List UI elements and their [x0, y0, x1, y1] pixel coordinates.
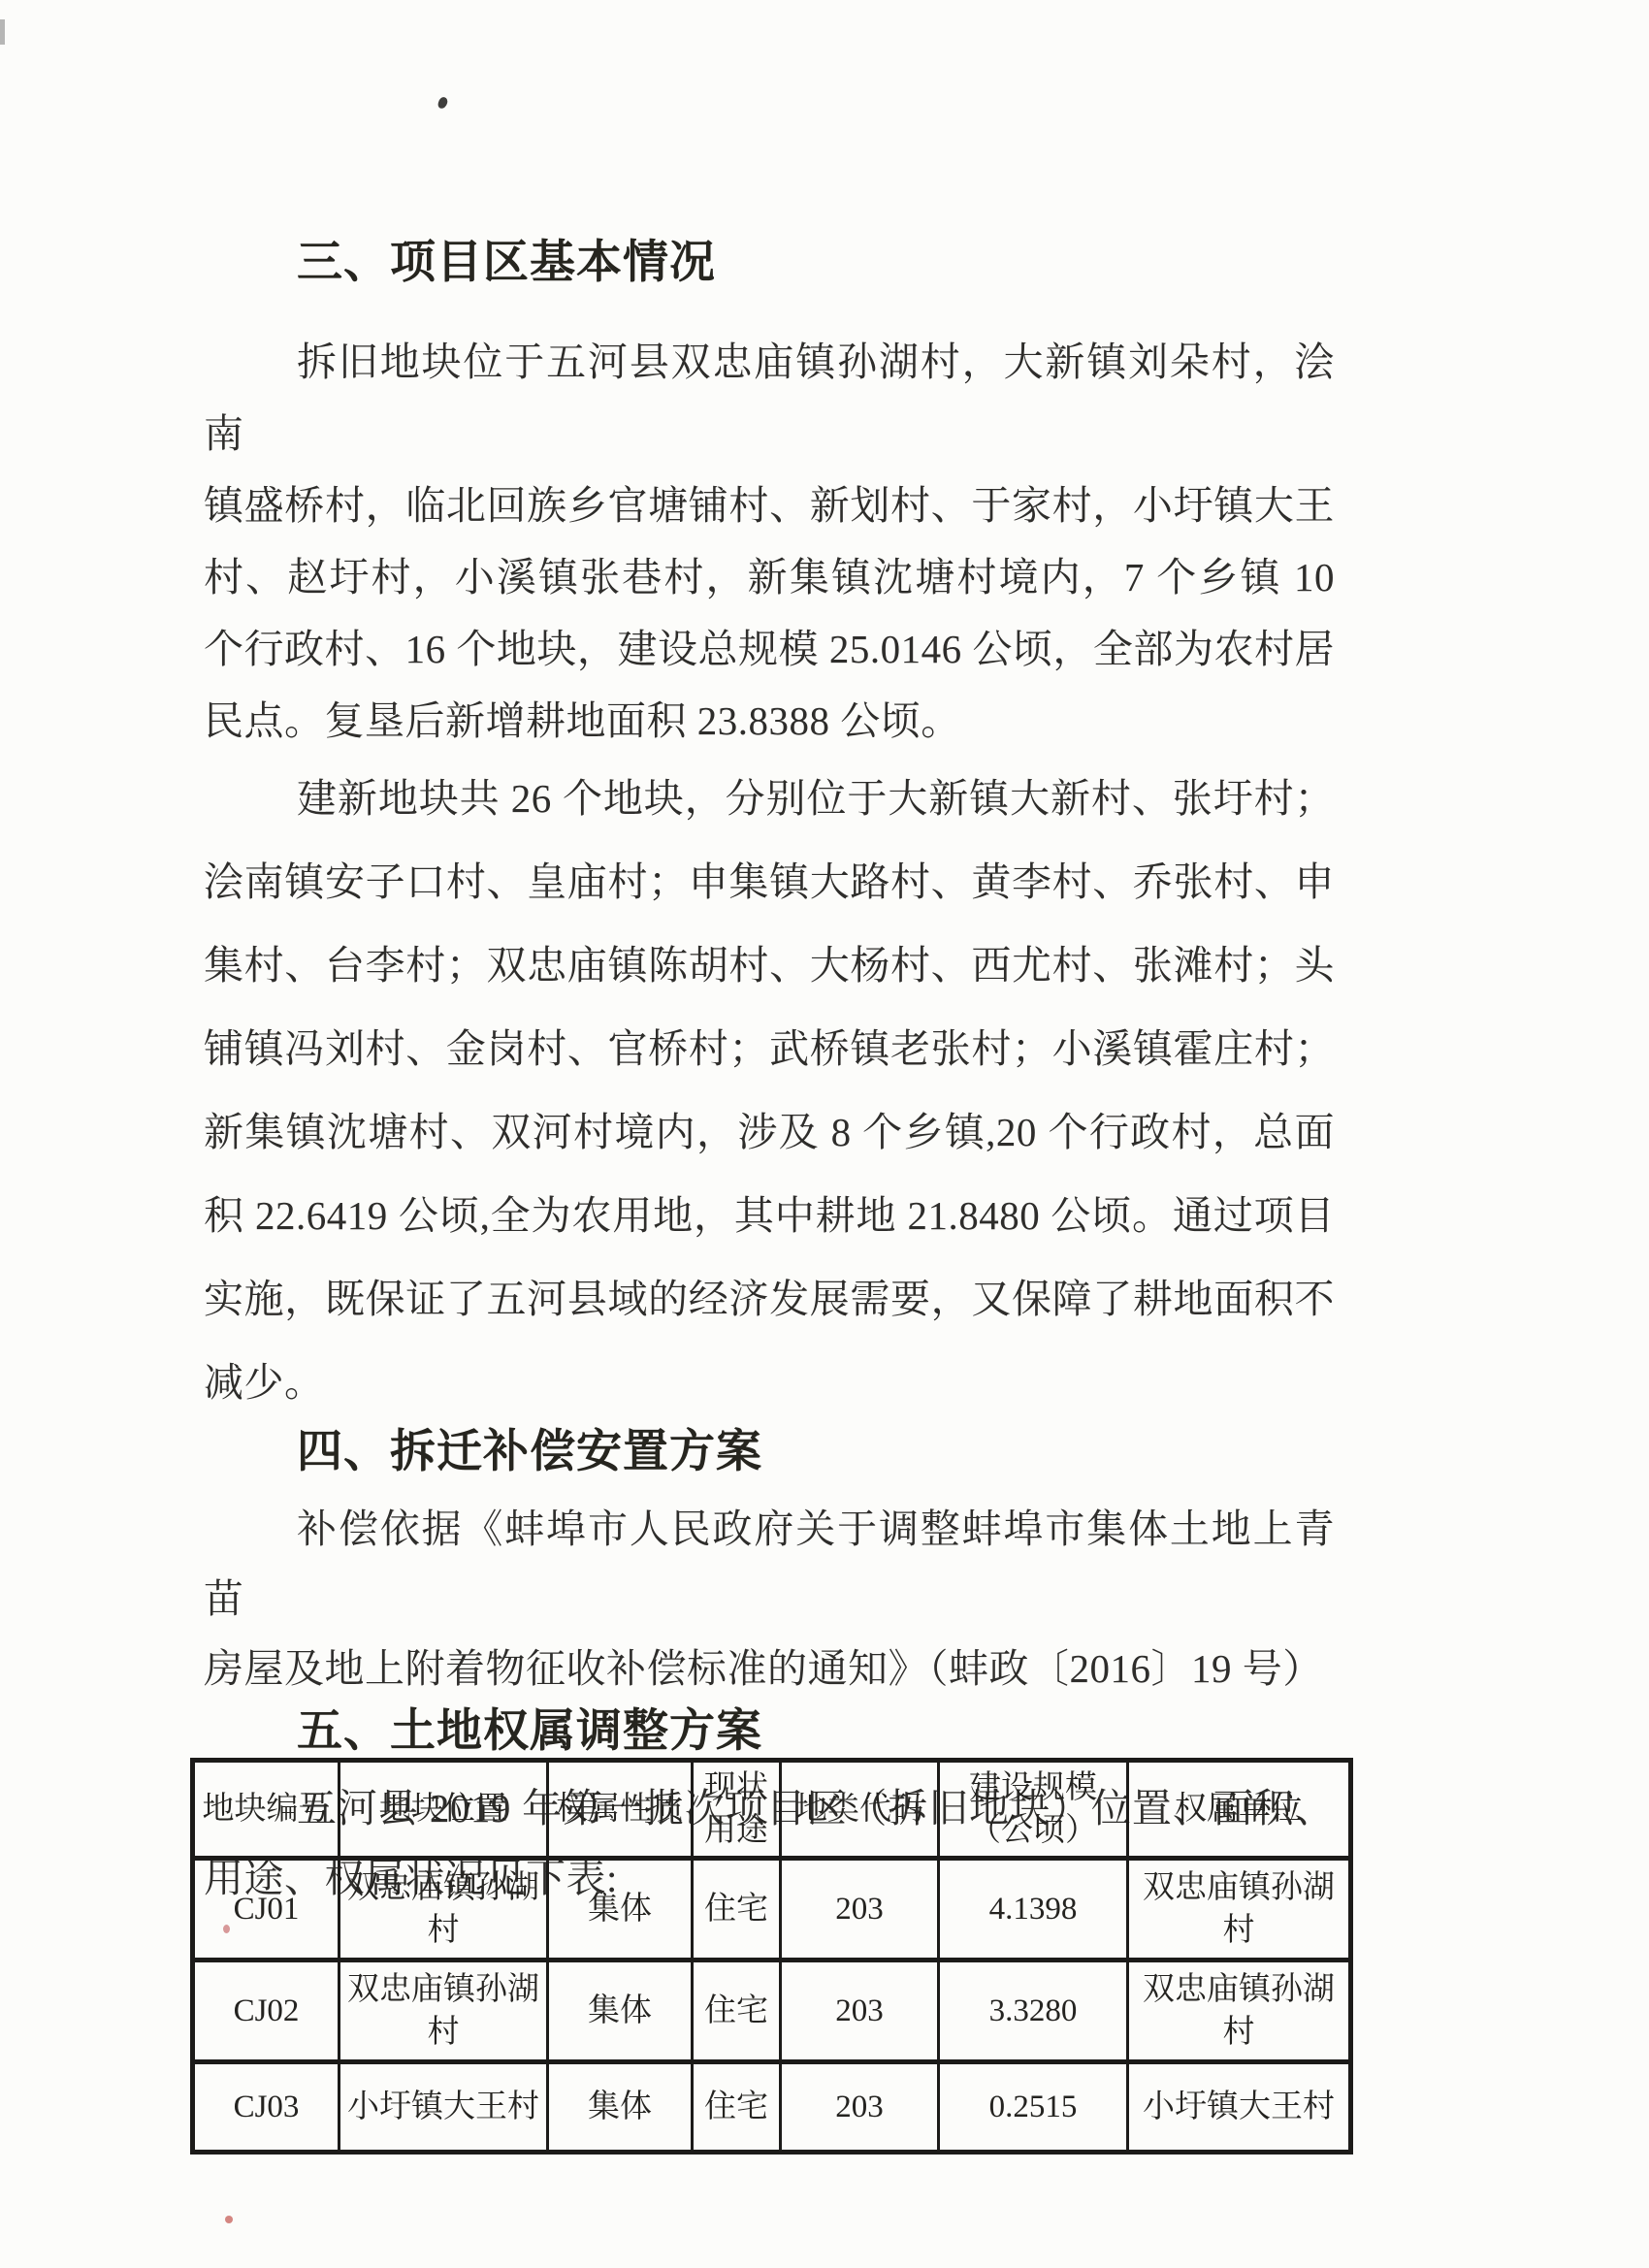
- text-line: 铺镇冯刘村、金岗村、官桥村；武桥镇老张村；小溪镇霍庄村；: [204, 1007, 1335, 1090]
- section-heading-4: 四、拆迁补偿安置方案: [297, 1424, 1335, 1478]
- table-cell: 双忠庙镇孙湖村: [1128, 1859, 1351, 1960]
- scan-speck-red-lower: [225, 2216, 233, 2223]
- col-header: 权属单位: [1128, 1761, 1351, 1859]
- col-header: 地块位置: [339, 1761, 548, 1859]
- table-cell: CJ01: [193, 1859, 339, 1960]
- table-cell: CJ03: [193, 2062, 339, 2153]
- text-line: 浍南镇安子口村、皇庙村；申集镇大路村、黄李村、乔张村、申: [204, 840, 1335, 923]
- table-cell: 双忠庙镇孙湖村: [339, 1859, 548, 1960]
- table-cell: 住宅: [693, 2062, 781, 2153]
- text-line: 新集镇沈塘村、双河村境内，涉及 8 个乡镇,20 个行政村，总面: [204, 1090, 1335, 1174]
- table-cell: 0.2515: [939, 2062, 1128, 2153]
- col-header-line: 地类代码: [786, 1788, 933, 1831]
- col-header-line: 地块编号: [199, 1788, 334, 1831]
- text-line: 村、赵圩村，小溪镇张巷村，新集镇沈塘村境内，7 个乡镇 10: [204, 541, 1335, 613]
- text-line: 房屋及地上附着物征收补偿标准的通知》（蚌政〔2016〕19 号）: [204, 1634, 1335, 1703]
- table-cell: 3.3280: [939, 1960, 1128, 2062]
- text-line: 补偿依据《蚌埠市人民政府关于调整蚌埠市集体土地上青苗: [204, 1494, 1335, 1634]
- section-heading-5: 五、土地权属调整方案: [297, 1703, 1335, 1758]
- text-line: 镇盛桥村，临北回族乡官塘铺村、新划村、于家村，小圩镇大王: [204, 470, 1335, 541]
- table-cell: 集体: [548, 1960, 693, 2062]
- col-header-line: 权属单位: [1133, 1788, 1344, 1831]
- section-heading-3: 三、项目区基本情况: [297, 235, 1335, 289]
- paragraph-compensation-basis: 补偿依据《蚌埠市人民政府关于调整蚌埠市集体土地上青苗房屋及地上附着物征收补偿标准…: [204, 1494, 1335, 1703]
- table-cell: 203: [781, 1859, 939, 1960]
- text-line: 积 22.6419 公顷,全为农用地，其中耕地 21.8480 公顷。通过项目: [204, 1174, 1335, 1257]
- table-cell: 203: [781, 2062, 939, 2153]
- table-cell: 双忠庙镇孙湖村: [339, 1960, 548, 2062]
- col-header: 权属性质: [548, 1761, 693, 1859]
- col-header: 建设规模（公顷）: [939, 1761, 1128, 1859]
- table-cell: 住宅: [693, 1960, 781, 2062]
- paragraph-new-plots: 建新地块共 26 个地块，分别位于大新镇大新村、张圩村；浍南镇安子口村、皇庙村；…: [204, 757, 1335, 1424]
- col-header-line: 现状: [697, 1766, 775, 1809]
- text-line: 民点。复垦后新增耕地面积 23.8388 公顷。: [204, 685, 1335, 757]
- text-line: 拆旧地块位于五河县双忠庙镇孙湖村，大新镇刘朵村，浍南: [204, 326, 1335, 470]
- col-header: 现状用途: [693, 1761, 781, 1859]
- table-cell: 集体: [548, 1859, 693, 1960]
- col-header: 地类代码: [781, 1761, 939, 1859]
- col-header-line: 用途: [697, 1809, 775, 1852]
- table-cell: CJ02: [193, 1960, 339, 2062]
- table-cell: 小圩镇大王村: [1128, 2062, 1351, 2153]
- table-cell: 4.1398: [939, 1859, 1128, 1960]
- table-cell: 小圩镇大王村: [339, 2062, 548, 2153]
- document-body: 三、项目区基本情况 拆旧地块位于五河县双忠庙镇孙湖村，大新镇刘朵村，浍南镇盛桥村…: [204, 0, 1335, 1913]
- col-header-line: 权属性质: [553, 1788, 687, 1831]
- text-line: 个行政村、16 个地块，建设总规模 25.0146 公顷，全部为农村居: [204, 613, 1335, 685]
- table-row: CJ03小圩镇大王村集体住宅2030.2515小圩镇大王村: [193, 2062, 1351, 2153]
- table-row: CJ01双忠庙镇孙湖村集体住宅2034.1398双忠庙镇孙湖村: [193, 1859, 1351, 1960]
- table-cell: 集体: [548, 2062, 693, 2153]
- table-cell: 住宅: [693, 1859, 781, 1960]
- col-header-line: 地块位置: [344, 1788, 542, 1831]
- text-line: 建新地块共 26 个地块，分别位于大新镇大新村、张圩村；: [204, 757, 1335, 840]
- scan-edge-mark: [0, 19, 5, 45]
- col-header-line: （公顷）: [944, 1809, 1122, 1852]
- table-header-row: 地块编号地块位置权属性质现状用途地类代码建设规模（公顷）权属单位: [193, 1761, 1351, 1859]
- col-header: 地块编号: [193, 1761, 339, 1859]
- table-cell: 203: [781, 1960, 939, 2062]
- col-header-line: 建设规模: [944, 1766, 1122, 1809]
- text-line: 集村、台李村；双忠庙镇陈胡村、大杨村、西尤村、张滩村；头: [204, 923, 1335, 1007]
- document-page: 三、项目区基本情况 拆旧地块位于五河县双忠庙镇孙湖村，大新镇刘朵村，浍南镇盛桥村…: [0, 0, 1649, 2268]
- paragraph-demolition-plots: 拆旧地块位于五河县双忠庙镇孙湖村，大新镇刘朵村，浍南镇盛桥村，临北回族乡官塘铺村…: [204, 326, 1335, 757]
- text-line: 减少。: [204, 1341, 1335, 1424]
- scan-speck-red-upper: [223, 1925, 230, 1933]
- table-row: CJ02双忠庙镇孙湖村集体住宅2033.3280双忠庙镇孙湖村: [193, 1960, 1351, 2062]
- table-cell: 双忠庙镇孙湖村: [1128, 1960, 1351, 2062]
- text-line: 实施，既保证了五河县域的经济发展需要，又保障了耕地面积不: [204, 1257, 1335, 1341]
- land-ownership-table: 地块编号地块位置权属性质现状用途地类代码建设规模（公顷）权属单位CJ01双忠庙镇…: [190, 1758, 1353, 2155]
